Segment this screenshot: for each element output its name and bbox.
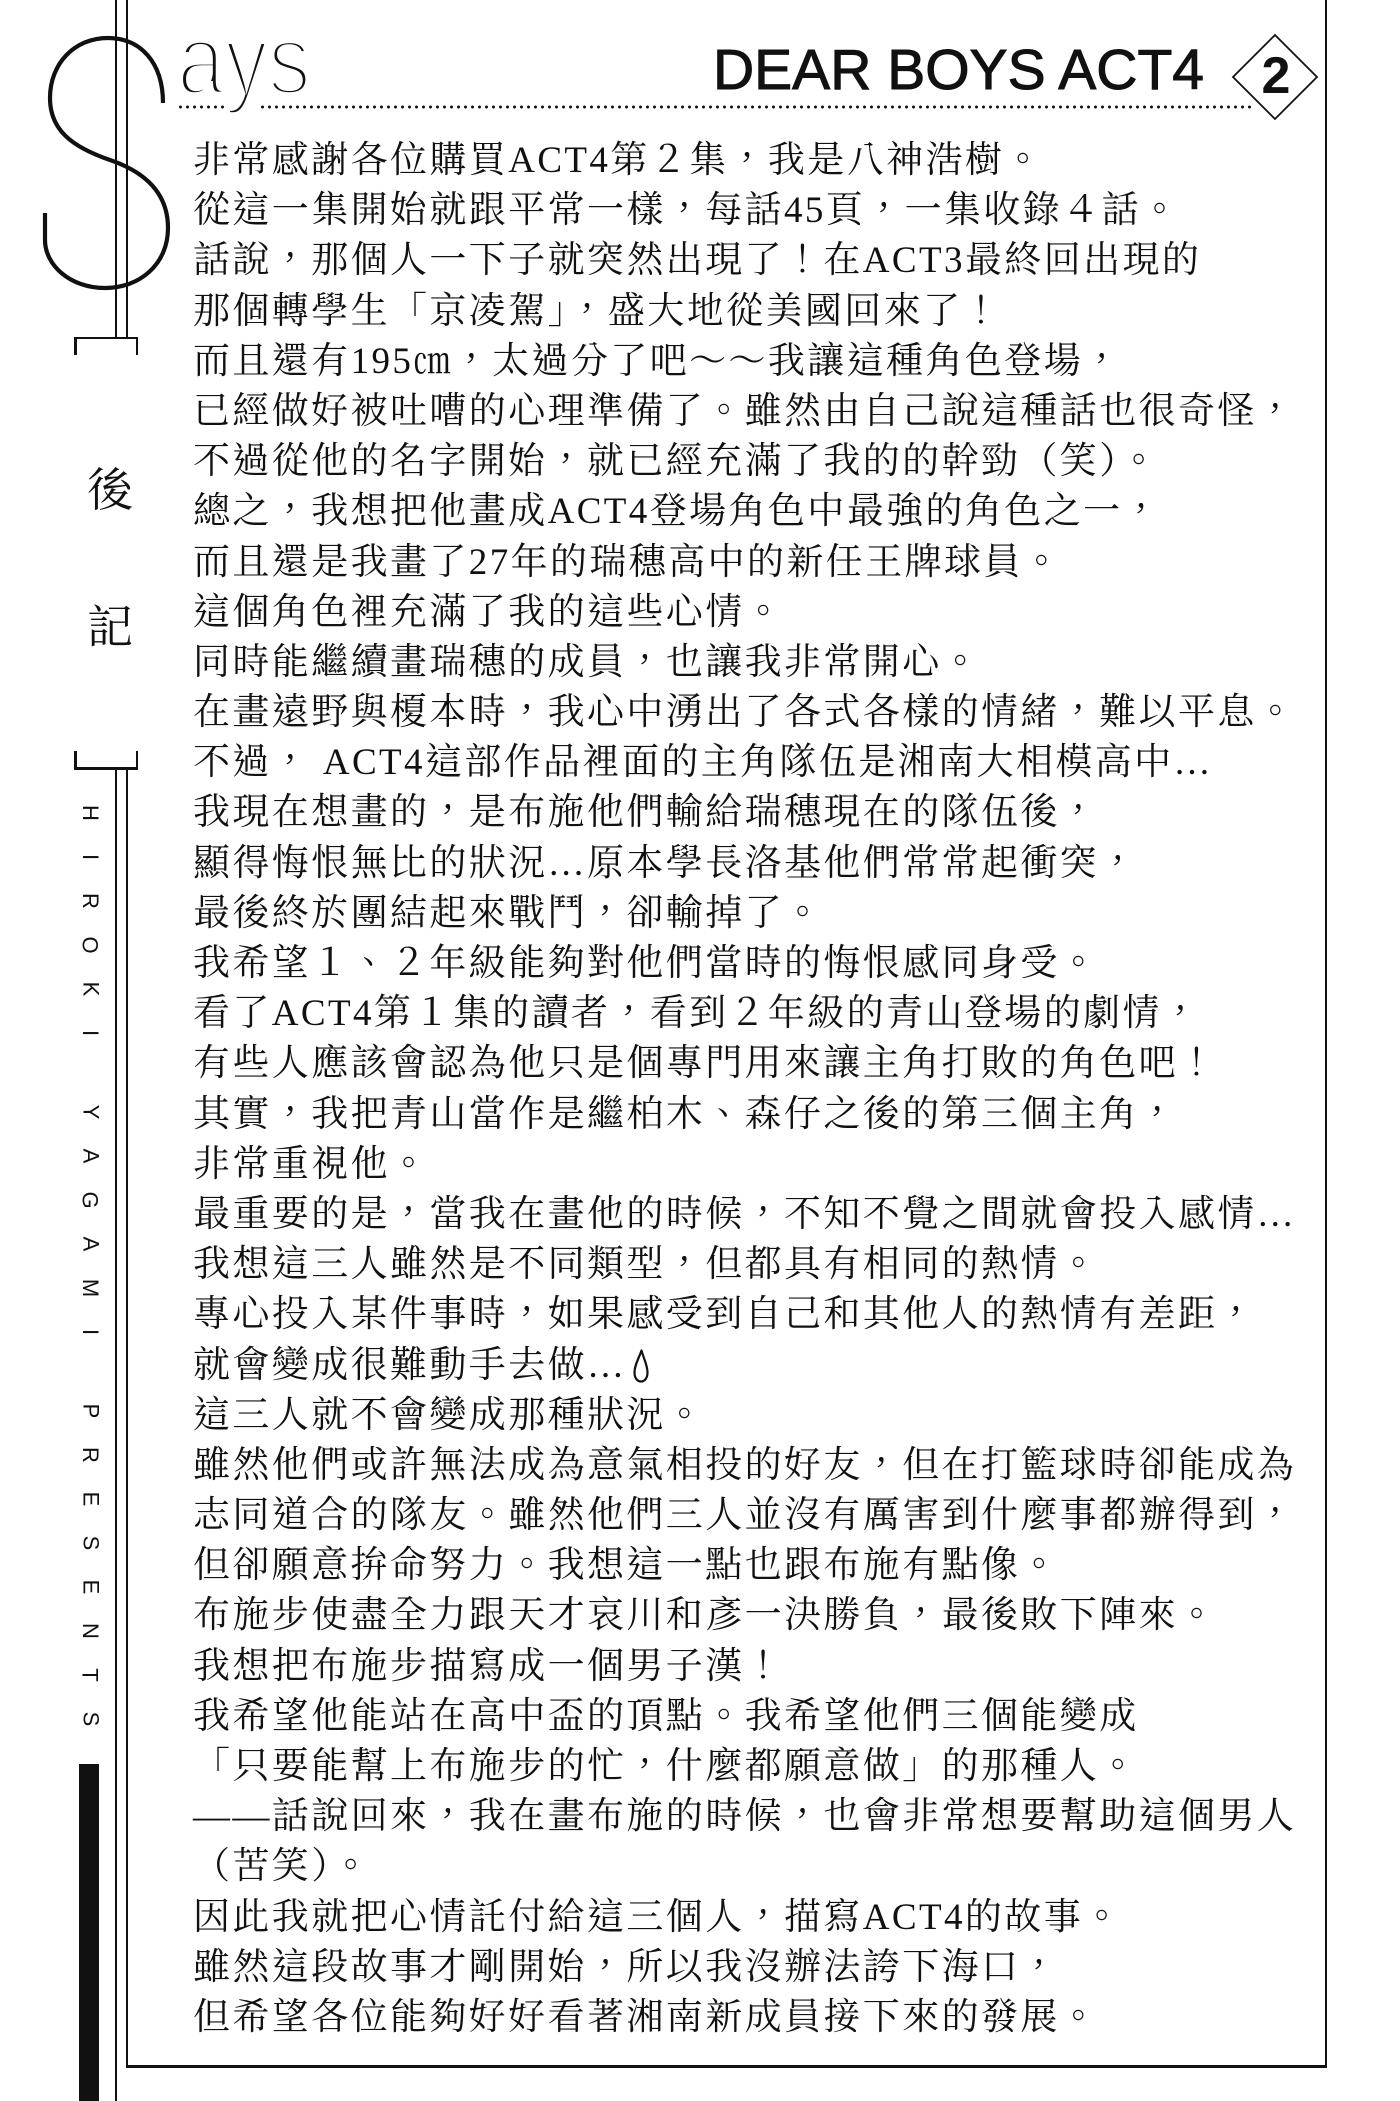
body-line: 那個轉學生「京凌駕」，盛大地從美國回來了！ xyxy=(193,287,1318,337)
afterword-char-2: 記 xyxy=(80,604,140,650)
credit-word-gap xyxy=(70,1354,110,1389)
credit-letter: K xyxy=(70,967,110,1011)
credit-letter: P xyxy=(70,1389,110,1433)
body-line: 但卻願意拚命努力。我想這一點也跟布施有點像。 xyxy=(193,1541,1318,1591)
body-line: 不過從他的名字開始，就已經充滿了我的的幹勁（笑）。 xyxy=(193,437,1318,487)
body-line: 其實，我把青山當作是繼柏木、森仔之後的第三個主角， xyxy=(193,1090,1318,1140)
lower-bracket-tick-left xyxy=(74,751,77,769)
body-line: 專心投入某件事時，如果感受到自己和其他人的熱情有差距， xyxy=(193,1290,1318,1340)
lower-bracket-tick-right xyxy=(136,751,139,769)
body-line: 布施步使盡全力跟天才哀川和彥一決勝負，最後敗下陣來。 xyxy=(193,1591,1318,1641)
lower-bracket-bar xyxy=(74,767,138,770)
body-line: 這個角色裡充滿了我的這些心情。 xyxy=(193,588,1318,638)
body-line: 志同道合的隊友。雖然他們三人並沒有厲害到什麼事都辦得到， xyxy=(193,1491,1318,1541)
body-line: 而且還是我畫了27年的瑞穗高中的新任王牌球員。 xyxy=(193,538,1318,588)
credit-letter: M xyxy=(70,1266,110,1310)
upper-bracket-bar xyxy=(74,337,138,340)
credit-letter: T xyxy=(70,1653,110,1697)
body-line: 不過， ACT4這部作品裡面的主角隊伍是湘南大相模高中… xyxy=(193,738,1318,788)
body-line: 在畫遠野與榎本時，我心中湧出了各式各樣的情緒，難以平息。 xyxy=(193,688,1318,738)
credit-letter: Y xyxy=(70,1090,110,1134)
body-line: 非常感謝各位購買ACT4第２集，我是八神浩樹。 xyxy=(193,136,1318,186)
credit-letter: E xyxy=(70,1477,110,1521)
credit-letter: I xyxy=(70,1310,110,1354)
body-line: 我希望他能站在高中盃的頂點。我希望他們三個能變成 xyxy=(193,1692,1318,1742)
body-line: 雖然他們或許無法成為意氣相投的好友，但在打籃球時卻能成為 xyxy=(193,1441,1318,1491)
afterword-char-1: 後 xyxy=(80,467,140,513)
sweat-drop-icon xyxy=(632,1349,650,1383)
black-accent-bar xyxy=(79,1764,99,2101)
body-line: 最後終於團結起來戰鬥，卻輸掉了。 xyxy=(193,889,1318,939)
body-line: 從這一集開始就跟平常一樣，每話45頁，一集收錄４話。 xyxy=(193,186,1318,236)
left-outer-rule-bottom xyxy=(115,767,118,2101)
body-line: ——話說回來，我在畫布施的時候，也會非常想要幫助這個男人 xyxy=(193,1792,1318,1842)
body-line: 話說，那個人一下子就突然出現了！在ACT3最終回出現的 xyxy=(193,236,1318,286)
body-line: 因此我就把心情託付給這三個人，描寫ACT4的故事。 xyxy=(193,1893,1318,1943)
credit-letter: A xyxy=(70,1222,110,1266)
credit-letter: A xyxy=(70,1134,110,1178)
credit-word-gap xyxy=(70,1055,110,1090)
body-line: 總之，我想把他畫成ACT4登場角色中最強的角色之一， xyxy=(193,487,1318,537)
header-dotted-rule-left xyxy=(177,105,224,109)
vertical-credit: H I R O K I Y A G A M I P R E S E N T S xyxy=(70,791,110,1741)
body-line: 顯得悔恨無比的狀況…原本學長洛基他們常常起衝突， xyxy=(193,839,1318,889)
credit-letter: I xyxy=(70,1011,110,1055)
title-rest: ays xyxy=(177,10,311,110)
body-line: （苦笑）。 xyxy=(193,1842,1318,1892)
left-inner-rule-bottom xyxy=(126,767,129,2068)
body-line: 看了ACT4第１集的讀者，看到２年級的青山登場的劇情， xyxy=(193,989,1318,1039)
body-line: 同時能繼續畫瑞穗的成員，也讓我非常開心。 xyxy=(193,638,1318,688)
body-line: 而且還有195㎝，太過分了吧～～我讓這種角色登場， xyxy=(193,337,1318,387)
body-line: 我想把布施步描寫成一個男子漢！ xyxy=(193,1642,1318,1692)
volume-number: 2 xyxy=(1246,50,1306,102)
header-dotted-rule xyxy=(259,105,1251,109)
body-line: 「只要能幫上布施步的忙，什麼都願意做」的那種人。 xyxy=(193,1742,1318,1792)
credit-letter: R xyxy=(70,1433,110,1477)
credit-letter: O xyxy=(70,923,110,967)
body-line: 但希望各位能夠好好看著湘南新成員接下來的發展。 xyxy=(193,1993,1318,2043)
credit-letter: R xyxy=(70,879,110,923)
afterword-body: 非常感謝各位購買ACT4第２集，我是八神浩樹。 從這一集開始就跟平常一樣，每話4… xyxy=(193,136,1318,2043)
series-title: DEAR BOYS ACT4 xyxy=(713,42,1204,99)
credit-letter: I xyxy=(70,835,110,879)
credit-letter: S xyxy=(70,1521,110,1565)
bottom-border xyxy=(126,2065,1328,2068)
body-line: 非常重視他。 xyxy=(193,1140,1318,1190)
body-line: 雖然這段故事才剛開始，所以我沒辦法誇下海口， xyxy=(193,1943,1318,1993)
body-line: 我希望１、２年級能夠對他們當時的悔恨感同身受。 xyxy=(193,939,1318,989)
upper-bracket-tick-right xyxy=(136,337,139,355)
credit-letter: G xyxy=(70,1178,110,1222)
credit-letter: E xyxy=(70,1565,110,1609)
body-line: 有些人應該會認為他只是個專門用來讓主角打敗的角色吧！ xyxy=(193,1039,1318,1089)
right-border xyxy=(1325,0,1328,2068)
credit-letter: H xyxy=(70,791,110,835)
credit-letter: N xyxy=(70,1609,110,1653)
body-line: 最重要的是，當我在畫他的時候，不知不覺之間就會投入感情… xyxy=(193,1190,1318,1240)
body-line: 我現在想畫的，是布施他們輸給瑞穗現在的隊伍後， xyxy=(193,788,1318,838)
body-line: 我想這三人雖然是不同類型，但都具有相同的熱情。 xyxy=(193,1240,1318,1290)
body-line-with-icon: 就會變成很難動手去做… xyxy=(193,1341,1318,1391)
body-line: 這三人就不會變成那種狀況。 xyxy=(193,1391,1318,1441)
upper-bracket-tick-left xyxy=(74,337,77,355)
credit-letter: S xyxy=(70,1697,110,1741)
body-line-text: 就會變成很難動手去做… xyxy=(193,1345,626,1386)
body-line: 已經做好被吐嘈的心理準備了。雖然由自己說這種話也很奇怪， xyxy=(193,387,1318,437)
